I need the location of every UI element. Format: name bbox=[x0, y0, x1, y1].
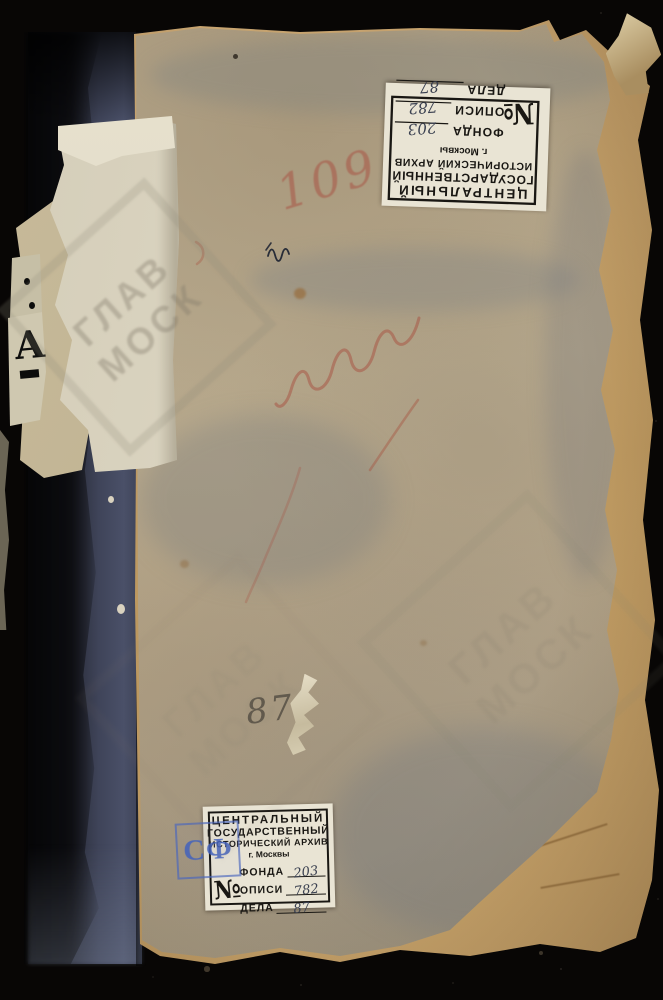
spine-letter-fragment: А bbox=[12, 325, 46, 366]
label-row-opis: ОПИСИ 782 bbox=[240, 880, 326, 897]
org-city-line: г. Москвы bbox=[248, 848, 289, 859]
label-rows: № ФОНДА 203 ОПИСИ 782 ДЕЛА 87 bbox=[394, 80, 535, 144]
opis-value-line: 782 bbox=[286, 880, 326, 896]
archival-book-cover-photo: 109 87 ЦЕНТРАЛЬНЫЙ ГОСУДАРСТВЕННЫЙ bbox=[0, 0, 663, 1000]
small-ink-mark bbox=[266, 243, 289, 261]
fond-value-line: 203 bbox=[394, 121, 448, 140]
pencil-number: 87 bbox=[244, 687, 298, 733]
label-row-delo: ДЕЛА 87 bbox=[240, 898, 326, 915]
opis-value-line: 782 bbox=[395, 100, 451, 119]
spine-hole bbox=[108, 496, 114, 503]
label-row-fond: ФОНДА 203 bbox=[394, 121, 504, 142]
spine-ink-dot bbox=[29, 302, 35, 309]
archive-label-top: ЦЕНТРАЛЬНЫЙ ГОСУДАРСТВЕННЫЙ ИСТОРИЧЕСКИЙ… bbox=[382, 83, 551, 212]
org-city-line: г. Москвы bbox=[440, 145, 488, 158]
spine-top-shadow bbox=[28, 32, 142, 122]
numero-sign: № bbox=[213, 876, 241, 903]
label-content: ЦЕНТРАЛЬНЫЙ ГОСУДАРСТВЕННЫЙ ИСТОРИЧЕСКИЙ… bbox=[392, 99, 534, 200]
background-dust-specks bbox=[0, 0, 2, 2]
spine-hole bbox=[117, 604, 125, 614]
sf-stamp: СФ bbox=[175, 820, 242, 879]
label-row-fond: ФОНДА 203 bbox=[239, 862, 325, 879]
delo-value-line: 87 bbox=[277, 898, 327, 914]
delo-value-line: 87 bbox=[396, 80, 463, 100]
numero-sign: № bbox=[504, 98, 535, 128]
spine-bottom-wear bbox=[28, 844, 142, 964]
spine-ink-dot bbox=[24, 278, 30, 285]
spine-letter-underline bbox=[20, 369, 40, 379]
spine-edge-sliver bbox=[0, 430, 9, 630]
fond-value-line: 203 bbox=[287, 862, 326, 878]
